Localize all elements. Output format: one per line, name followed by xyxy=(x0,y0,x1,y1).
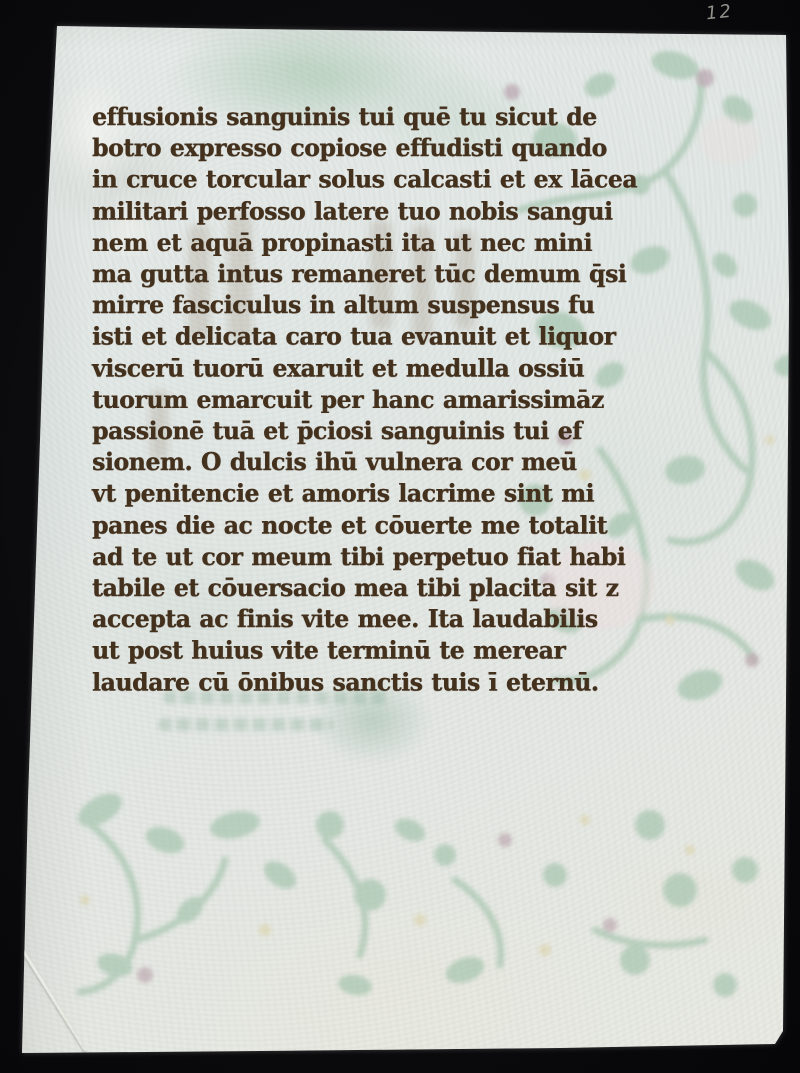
manuscript-line-text: tabile et cōuersacio mea tibi placita si… xyxy=(92,572,618,603)
manuscript-line-text: accepta ac finis vite mee. Ita laudabili… xyxy=(92,604,598,635)
manuscript-line: ut post huius vite terminū te merear xyxy=(92,635,525,666)
manuscript-line: botro expresso copiose effudisti quando xyxy=(92,132,525,163)
manuscript-line-text: isti et delicata caro tua evanuit et liq… xyxy=(92,321,615,352)
crease-line xyxy=(17,943,86,1051)
manuscript-line-text: mirre fasciculus in altum suspensus fu xyxy=(92,289,594,320)
manuscript-line: effusionis sanguinis tui quē tu sicut de xyxy=(92,101,525,132)
manuscript-line: militari perfosso latere tuo nobis sangu… xyxy=(92,195,525,226)
manuscript-leaf-wrap: effusionis sanguinis tui quē tu sicut de… xyxy=(0,0,800,1073)
manuscript-line: nem et aquā propinasti ita ut nec mini xyxy=(92,227,525,258)
manuscript-line: vt penitencie et amoris lacrime sint mi xyxy=(92,478,525,509)
manuscript-line-text: ma gutta intus remaneret tūc demum q̄si xyxy=(92,258,626,289)
manuscript-text-block: effusionis sanguinis tui quē tu sicut de… xyxy=(92,101,525,698)
manuscript-line-text: panes die ac nocte et cōuerte me totalit xyxy=(92,509,607,540)
manuscript-line: passionē tuā et p̄ciosi sanguinis tui ef xyxy=(92,415,525,446)
manuscript-leaf: effusionis sanguinis tui quē tu sicut de… xyxy=(0,0,800,1073)
manuscript-line-text: passionē tuā et p̄ciosi sanguinis tui ef xyxy=(92,415,582,446)
manuscript-line-text: sionem. O dulcis ihū vulnera cor meū xyxy=(92,447,577,478)
manuscript-line-text: in cruce torcular solus calcasti et ex l… xyxy=(92,164,637,195)
manuscript-line: tuorum emarcuit per hanc amarissimāz xyxy=(92,384,525,415)
photo-background: effusionis sanguinis tui quē tu sicut de… xyxy=(0,0,800,1073)
manuscript-line: in cruce torcular solus calcasti et ex l… xyxy=(92,164,525,195)
floral-showthrough-bottom xyxy=(25,780,775,1020)
manuscript-line: accepta ac finis vite mee. Ita laudabili… xyxy=(92,604,525,635)
manuscript-line: laudare cū ōnibus sanctis tuis ī eternū. xyxy=(92,666,525,697)
manuscript-line: ma gutta intus remaneret tūc demum q̄si xyxy=(92,258,525,289)
manuscript-line: viscerū tuorū exaruit et medulla ossiū xyxy=(92,352,525,383)
manuscript-line: isti et delicata caro tua evanuit et liq… xyxy=(92,321,525,352)
manuscript-line-text: tuorum emarcuit per hanc amarissimāz xyxy=(92,384,604,415)
manuscript-line-text: laudare cū ōnibus sanctis tuis ī eternū. xyxy=(92,666,599,697)
manuscript-line: mirre fasciculus in altum suspensus fu xyxy=(92,289,525,320)
mirrored-text-showthrough xyxy=(158,718,333,731)
manuscript-line-text: nem et aquā propinasti ita ut nec mini xyxy=(92,227,592,258)
manuscript-line-text: ut post huius vite terminū te merear xyxy=(92,635,565,666)
manuscript-line-text: effusionis sanguinis tui quē tu sicut de xyxy=(92,101,597,132)
manuscript-line: sionem. O dulcis ihū vulnera cor meū xyxy=(92,447,525,478)
manuscript-line-text: viscerū tuorū exaruit et medulla ossiū xyxy=(92,352,584,383)
folio-number: 12 xyxy=(705,1,734,25)
manuscript-line-text: botro expresso copiose effudisti quando xyxy=(92,132,607,163)
manuscript-line: tabile et cōuersacio mea tibi placita si… xyxy=(92,572,525,603)
manuscript-line-text: vt penitencie et amoris lacrime sint mi xyxy=(92,478,594,509)
manuscript-line: panes die ac nocte et cōuerte me totalit xyxy=(92,509,525,540)
manuscript-line-text: militari perfosso latere tuo nobis sangu… xyxy=(92,195,612,226)
manuscript-line-text: ad te ut cor meum tibi perpetuo fiat hab… xyxy=(92,541,625,572)
manuscript-line: ad te ut cor meum tibi perpetuo fiat hab… xyxy=(92,541,525,572)
